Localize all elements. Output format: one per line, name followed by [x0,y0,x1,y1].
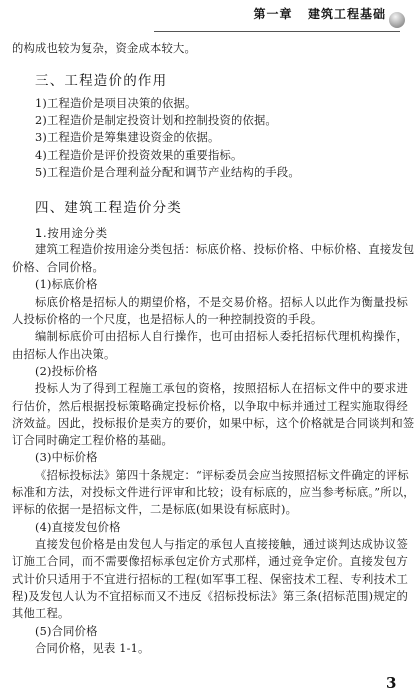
body-text-line: 《招标投标法》第四十条规定：“评标委员会应当按照招标文件确定的评标 [35,469,408,483]
header-rule-divider [154,31,400,32]
body-text-line: 投标人为了得到工程施工承包的资格，按照招标人在招标文件中的要求进 [35,382,408,396]
body-text-line: 价格、合同价格。 [12,261,408,275]
section-heading-4: 四、建筑工程造价分类 [35,196,182,216]
body-text-line: 其他工程。 [12,607,408,621]
sphere-ornament-icon [389,12,405,28]
subsection-heading: 1.按用途分类 [35,225,108,241]
list-item: 2)工程造价是制定投资计划和控制投资的依据。 [35,114,408,128]
chapter-title: 第一章 建筑工程基础 [253,5,386,22]
item-title: (5)合同价格 [35,625,408,639]
list-item: 4)工程造价是评价投资效果的重要指标。 [35,149,408,163]
item-title: (2)投标价格 [35,365,408,379]
body-text-line: 建筑工程造价按用途分类包括：标底价格、投标价格、中标价格、直接发包 [35,243,408,257]
body-text-line: 行估价，然后根据投标策略确定投标价格，以争取中标并通过工程实施取得经 [12,400,408,414]
section-heading-3: 三、工程造价的作用 [35,69,167,89]
running-header: 第一章 建筑工程基础 [0,0,420,36]
list-item: 1)工程造价是项目决策的依据。 [35,97,408,111]
body-text-line: 由招标人作出决策。 [12,348,408,362]
body-text-line: 订施工合同，而不需要像招标承包定价方式那样，通过竞争定价。直接发包方 [12,555,408,569]
body-text-line: 济效益。因此，投标报价是卖方的要价，如果中标，这个价格就是合同谈判和签 [12,417,408,431]
item-title: (4)直接发包价格 [35,521,408,535]
body-text-line: 订合同时确定工程价格的基础。 [12,434,408,448]
body-text-line: 的构成也较为复杂，资金成本较大。 [12,42,408,56]
body-text-line: 标准和方法，对投标文件进行评审和比较；设有标底的，应当参考标底。”所以， [12,486,408,500]
body-text-line: 式计价只适用于不宜进行招标的工程(如军事工程、保密技术工程、专利技术工 [12,573,408,587]
body-text-line: 评标的依据一是招标文件，二是标底(如果设有标底时)。 [12,503,408,517]
body-text-line: 程)及发包人认为不宜招标而又不违反《招标投标法》第三条(招标范围)规定的 [12,590,408,604]
body-text-line: 直接发包价格是由发包人与指定的承包人直接接触，通过谈判达成协议签 [35,538,408,552]
item-title: (3)中标价格 [35,451,408,465]
list-item: 5)工程造价是合理利益分配和调节产业结构的手段。 [35,166,408,180]
item-title: (1)标底价格 [35,278,408,292]
body-text-line: 合同价格，见表 1-1。 [35,642,408,656]
body-text-line: 编制标底价可由招标人自行操作，也可由招标人委托招标代理机构操作， [35,330,408,344]
body-text-line: 标底价格是招标人的期望价格，不是交易价格。招标人以此作为衡量投标 [35,296,408,310]
body-text-line: 人投标价格的一个尺度，也是招标人的一种控制投资的手段。 [12,313,408,327]
page-number: 3 [386,674,396,692]
list-item: 3)工程造价是筹集建设资金的依据。 [35,131,408,145]
